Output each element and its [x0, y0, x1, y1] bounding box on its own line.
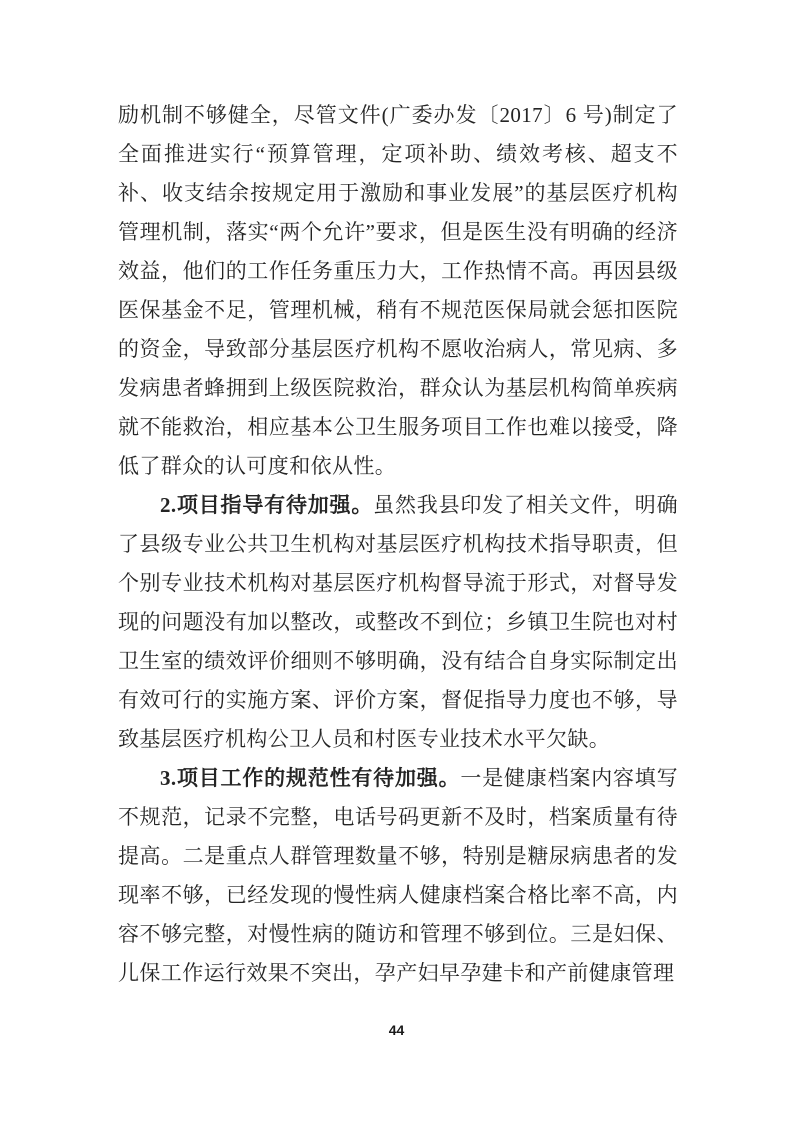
document-page: 励机制不够健全，尽管文件(广委办发〔2017〕6 号)制定了全面推进实行“预算管…: [0, 0, 793, 1122]
paragraph-lead-heading: 2.项目指导有待加强。: [160, 493, 373, 517]
paragraph: 3.项目工作的规范性有待加强。一是健康档案内容填写不规范，记录不完整，电话号码更…: [118, 759, 678, 993]
paragraph-text: 励机制不够健全，尽管文件(广委办发〔2017〕6 号)制定了全面推进实行“预算管…: [118, 103, 678, 478]
paragraph-text: 虽然我县印发了相关文件，明确了县级专业公共卫生机构对基层医疗机构技术指导职责，但…: [118, 493, 678, 751]
paragraph: 2.项目指导有待加强。虽然我县印发了相关文件，明确了县级专业公共卫生机构对基层医…: [118, 486, 678, 759]
document-body: 励机制不够健全，尽管文件(广委办发〔2017〕6 号)制定了全面推进实行“预算管…: [118, 96, 678, 993]
paragraph-text: 一是健康档案内容填写不规范，记录不完整，电话号码更新不及时，档案质量有待提高。二…: [118, 766, 678, 985]
paragraph-lead-heading: 3.项目工作的规范性有待加强。: [160, 766, 460, 790]
paragraph: 励机制不够健全，尽管文件(广委办发〔2017〕6 号)制定了全面推进实行“预算管…: [118, 96, 678, 486]
page-number: 44: [0, 1022, 793, 1038]
